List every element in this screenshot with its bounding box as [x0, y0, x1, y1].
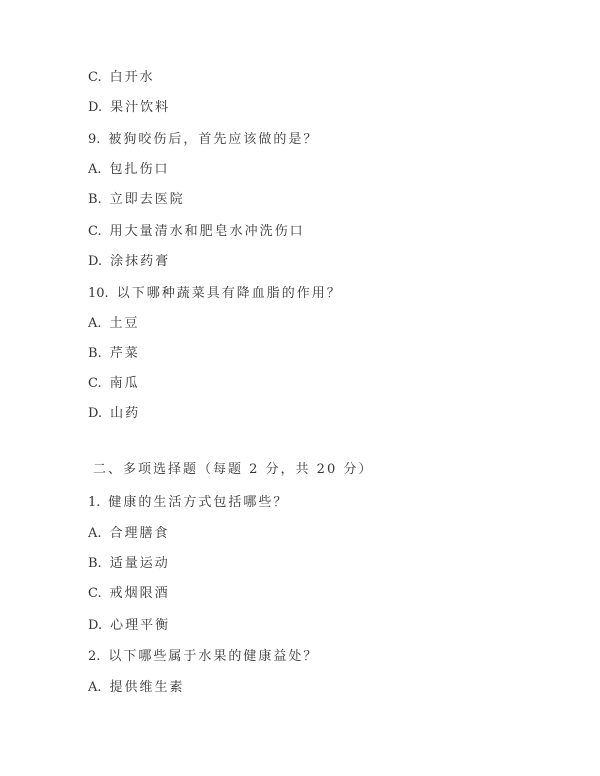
option-label: A. [88, 162, 102, 178]
question-text: 被狗咬伤后，首先应该做的是？ [108, 132, 318, 147]
option-text: 山药 [110, 406, 140, 421]
option-c-q10: C.南瓜 [88, 376, 140, 392]
option-label: D. [88, 100, 102, 116]
option-b-q9: B.立即去医院 [88, 192, 185, 208]
option-text: 用大量清水和肥皂水冲洗伤口 [110, 224, 305, 239]
option-label: A. [88, 316, 102, 332]
section-title-multiple-choice: 二、多项选择题（每题 2 分，共 20 分） [93, 462, 373, 478]
question-number: 1. [88, 495, 100, 511]
option-text: 心理平衡 [110, 618, 170, 633]
option-label: A. [88, 680, 102, 696]
option-label: A. [88, 526, 102, 542]
option-a-q10: A.土豆 [88, 316, 140, 332]
option-text: 合理膳食 [110, 526, 170, 541]
option-label: D. [88, 406, 102, 422]
option-label: C. [88, 224, 102, 240]
option-label: B. [88, 346, 102, 362]
option-text: 土豆 [110, 316, 140, 331]
question-2: 2.以下哪些属于水果的健康益处？ [88, 649, 318, 665]
option-label: B. [88, 556, 102, 572]
question-text: 健康的生活方式包括哪些？ [108, 495, 288, 510]
question-number: 2. [88, 649, 100, 665]
option-text: 南瓜 [110, 376, 140, 391]
option-label: C. [88, 70, 102, 86]
question-number: 10. [88, 286, 109, 302]
option-text: 果汁饮料 [110, 100, 170, 115]
question-text: 以下哪些属于水果的健康益处？ [108, 649, 318, 664]
option-text: 涂抹药膏 [110, 254, 170, 269]
option-text: 包扎伤口 [110, 162, 170, 177]
option-label: C. [88, 376, 102, 392]
option-d-q1: D.心理平衡 [88, 618, 170, 634]
option-c-q8: C.白开水 [88, 70, 155, 86]
question-text: 以下哪种蔬菜具有降血脂的作用？ [117, 286, 342, 301]
option-text: 白开水 [110, 70, 155, 85]
option-text: 立即去医院 [110, 192, 185, 207]
question-9: 9.被狗咬伤后，首先应该做的是？ [88, 132, 318, 148]
option-label: B. [88, 192, 102, 208]
option-d-q10: D.山药 [88, 406, 140, 422]
option-text: 提供维生素 [110, 680, 185, 695]
option-b-q10: B.芹菜 [88, 346, 140, 362]
question-1: 1.健康的生活方式包括哪些？ [88, 495, 288, 511]
question-10: 10.以下哪种蔬菜具有降血脂的作用？ [88, 286, 342, 302]
option-d-q9: D.涂抹药膏 [88, 254, 170, 270]
option-a-q2: A.提供维生素 [88, 680, 185, 696]
option-text: 适量运动 [110, 556, 170, 571]
option-b-q1: B.适量运动 [88, 556, 170, 572]
option-a-q1: A.合理膳食 [88, 526, 170, 542]
question-number: 9. [88, 132, 100, 148]
option-c-q9: C.用大量清水和肥皂水冲洗伤口 [88, 224, 305, 240]
option-text: 戒烟限酒 [110, 586, 170, 601]
option-c-q1: C.戒烟限酒 [88, 586, 170, 602]
option-a-q9: A.包扎伤口 [88, 162, 170, 178]
option-label: D. [88, 254, 102, 270]
option-label: D. [88, 618, 102, 634]
option-text: 芹菜 [110, 346, 140, 361]
option-d-q8: D.果汁饮料 [88, 100, 170, 116]
option-label: C. [88, 586, 102, 602]
